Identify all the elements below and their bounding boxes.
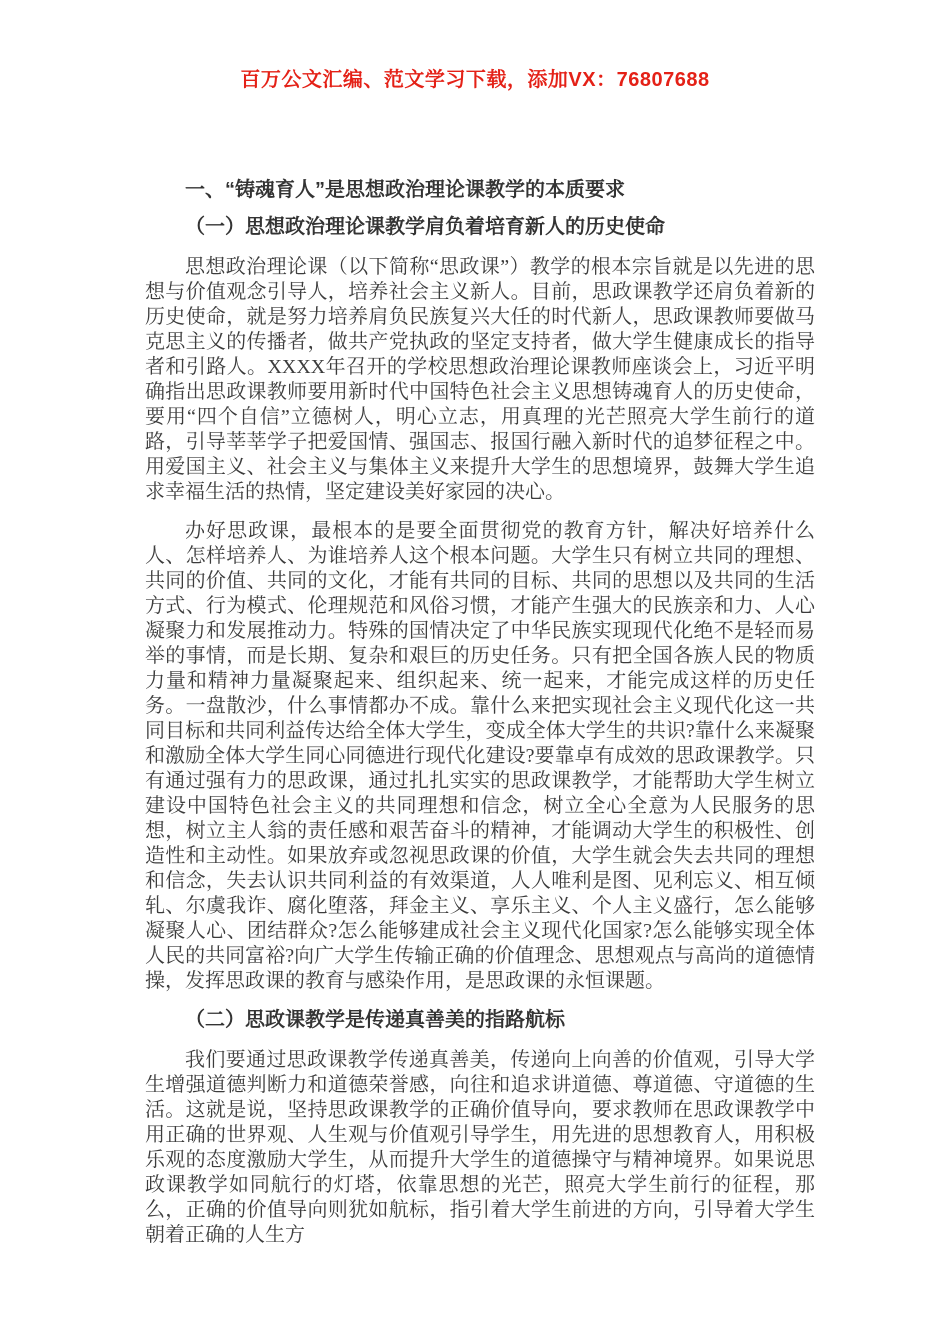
promo-header-text: 百万公文汇编、范文学习下载，添加VX：76807688	[0, 0, 950, 92]
document-page: 百万公文汇编、范文学习下载，添加VX：76807688 一、“铸魂育人”是思想政…	[0, 0, 950, 1344]
main-heading: 一、“铸魂育人”是思想政治理论课教学的本质要求	[145, 178, 815, 203]
section-1-paragraph-1: 思想政治理论课（以下简称“思政课”）教学的根本宗旨就是以先进的思想与价值观念引导…	[145, 255, 815, 505]
section-2-paragraph-1: 我们要通过思政课教学传递真善美，传递向上向善的价值观，引导大学生增强道德判断力和…	[145, 1048, 815, 1248]
document-body: 一、“铸魂育人”是思想政治理论课教学的本质要求 （一）思想政治理论课教学肩负着培…	[145, 178, 815, 1248]
section-1-heading: （一）思想政治理论课教学肩负着培育新人的历史使命	[145, 215, 815, 240]
section-1-paragraph-2: 办好思政课，最根本的是要全面贯彻党的教育方针，解决好培养什么人、怎样培养人、为谁…	[145, 519, 815, 994]
section-2-heading: （二）思政课教学是传递真善美的指路航标	[145, 1008, 815, 1033]
